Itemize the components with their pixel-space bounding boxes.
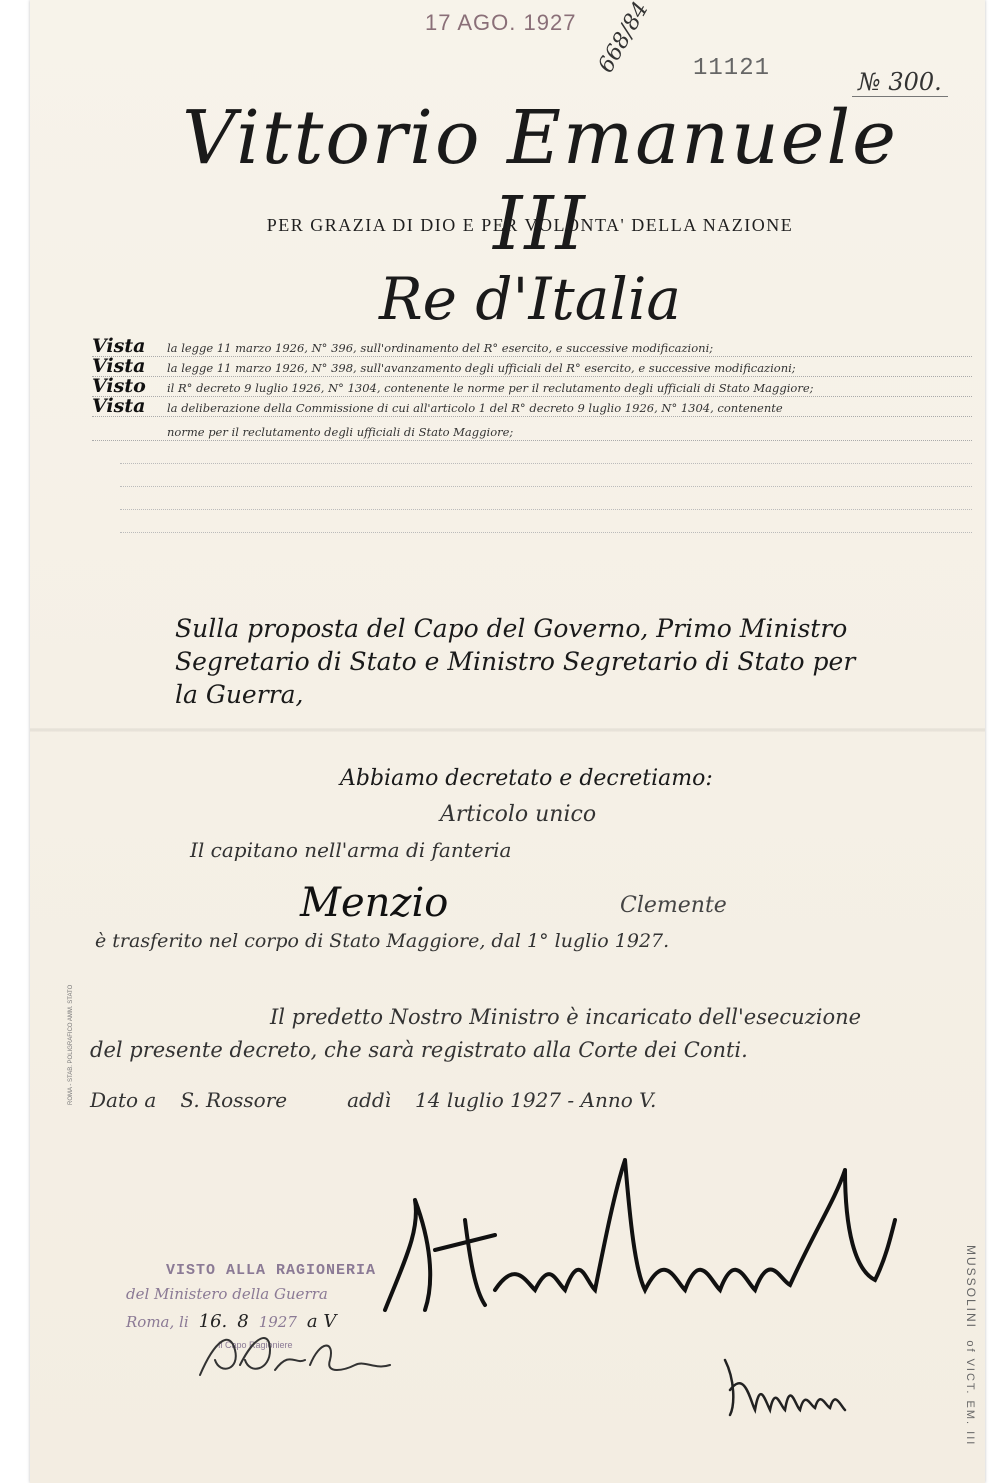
- transfer-line: è trasferito nel corpo di Stato Maggiore…: [95, 930, 925, 952]
- consideration-keyword: Vista: [92, 397, 167, 416]
- given-date: 14 luglio 1927 - Anno V.: [415, 1088, 656, 1112]
- decree-formula: Abbiamo decretato e decretiamo:: [340, 766, 713, 791]
- king-signature: [375, 1140, 915, 1330]
- rank-line: Il capitano nell'arma di fanteria: [190, 838, 511, 862]
- decree-number: № 300.: [852, 68, 948, 97]
- blank-line: [120, 441, 972, 464]
- given-label: Dato a: [90, 1088, 156, 1112]
- kingdom-title: Re d'Italia: [300, 265, 760, 333]
- present-line: del presente decreto, che sarà registrat…: [90, 1038, 748, 1062]
- first-name: Clemente: [620, 893, 727, 918]
- consideration-keyword: Vista: [92, 337, 167, 356]
- proposal-paragraph: Sulla proposta del Capo del Governo, Pri…: [175, 612, 875, 711]
- ragioneria-title: VISTO ALLA RAGIONERIA: [126, 1262, 416, 1279]
- blank-line: [120, 487, 972, 510]
- consideration-text: la legge 11 marzo 1926, N° 396, sull'ord…: [167, 341, 713, 356]
- consideration-row: Vista la deliberazione della Commissione…: [92, 397, 972, 417]
- consideration-row: Visto il R° decreto 9 luglio 1926, N° 13…: [92, 377, 972, 397]
- fold-crease: [30, 728, 985, 732]
- consideration-text: norme per il reclutamento degli ufficial…: [167, 425, 513, 440]
- king-title: Vittorio Emanuele III: [140, 95, 940, 267]
- margin-note-line1: MUSSOLINI: [964, 1245, 978, 1329]
- printer-mark: ROMA - STAB. POLIGRAFICO AMM. STATO: [68, 985, 74, 1105]
- consideration-text: la deliberazione della Commissione di cu…: [167, 401, 783, 416]
- serial-number: 11121: [693, 55, 770, 82]
- consideration-row: Vista la legge 11 marzo 1926, N° 398, su…: [92, 357, 972, 377]
- given-date-label: addì: [347, 1088, 391, 1112]
- decree-document: 17 AGO. 1927 668/84 11121 № 300. Vittori…: [30, 0, 985, 1483]
- consideration-text: il R° decreto 9 luglio 1926, N° 1304, co…: [167, 381, 814, 396]
- received-date-stamp: 17 AGO. 1927: [425, 10, 576, 36]
- given-place: S. Rossore: [180, 1088, 287, 1112]
- ragioneria-ministry: del Ministero della Guerra: [126, 1285, 416, 1303]
- minister-line: Il predetto Nostro Ministro è incaricato…: [270, 1005, 861, 1029]
- considerations-list: Vista la legge 11 marzo 1926, N° 396, su…: [92, 337, 972, 533]
- margin-note: MUSSOLINI of VICT. EM. III: [964, 1245, 978, 1446]
- margin-note-line2: of VICT. EM. III: [964, 1340, 976, 1446]
- consideration-row: Vista la legge 11 marzo 1926, N° 396, su…: [92, 337, 972, 357]
- article-heading: Articolo unico: [440, 802, 596, 827]
- blank-line: [120, 464, 972, 487]
- consideration-text: la legge 11 marzo 1926, N° 398, sull'ava…: [167, 361, 796, 376]
- grace-line: PER GRAZIA DI DIO E PER VOLONTA' DELLA N…: [195, 215, 865, 236]
- ragioneria-place: Roma, li: [126, 1313, 189, 1331]
- minister-signature: [720, 1350, 850, 1420]
- consideration-keyword: Visto: [92, 377, 167, 396]
- ragioneria-signature: [195, 1320, 405, 1380]
- consideration-row: norme per il reclutamento degli ufficial…: [92, 421, 972, 441]
- protocol-number: 668/84: [594, 0, 654, 77]
- given-line: Dato a S. Rossore addì 14 luglio 1927 - …: [90, 1088, 990, 1112]
- blank-line: [120, 510, 972, 533]
- surname: Menzio: [300, 880, 448, 926]
- consideration-keyword: Vista: [92, 357, 167, 376]
